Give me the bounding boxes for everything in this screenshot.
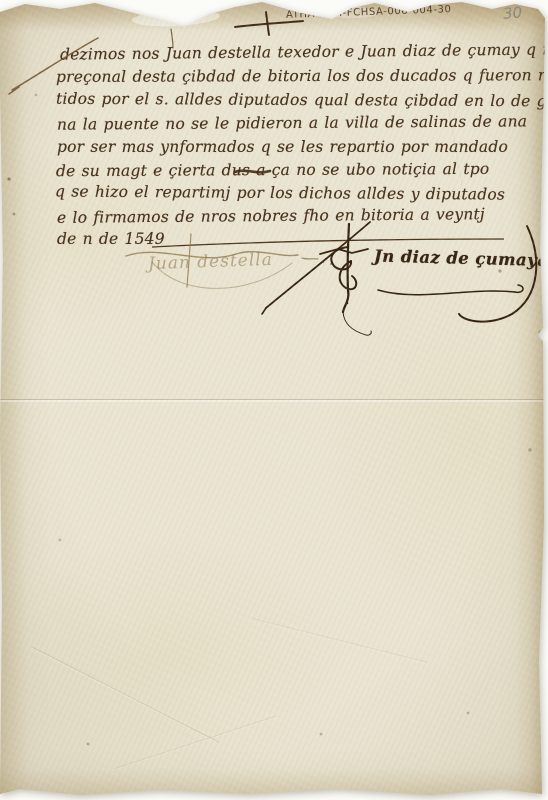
signature-right-flourish	[262, 222, 536, 335]
manuscript-line: e lo firmamos de nros nobres fho en bito…	[57, 204, 485, 228]
manuscript-photo: ATHA-DAH-FCHSA-008-004-30 30 dezimos nos…	[0, 0, 548, 800]
paper-shadow: ATHA-DAH-FCHSA-008-004-30 30 dezimos nos…	[0, 0, 548, 800]
manuscript-line: tidos por el s. alldes diputados qual de…	[56, 89, 548, 112]
fold-crease	[0, 399, 548, 402]
wrinkle-crease	[252, 618, 427, 663]
signature-left: Juan destella	[148, 250, 273, 274]
right-edge-shading	[530, 0, 546, 800]
wrinkle-crease	[114, 716, 276, 770]
manuscript-line: dezimos nos Juan destella texedor e Juan…	[60, 39, 548, 64]
wrinkle-crease	[31, 646, 219, 743]
manuscript-line: q se hizo el repartimj por los dichos al…	[55, 181, 505, 204]
manuscript-line: por ser mas ynformados q se les repartio…	[57, 137, 508, 157]
manuscript-page: ATHA-DAH-FCHSA-008-004-30 30 dezimos nos…	[0, 0, 548, 800]
manuscript-line: de n de 1549	[57, 229, 165, 249]
manuscript-line: na la puente no se le pidieron a la vill…	[57, 111, 527, 134]
date-underline-rule	[152, 239, 504, 247]
torn-edge-shadow	[0, 0, 548, 30]
folio-number: 30	[502, 3, 523, 23]
signature-right: Jn diaz de çumayqui	[374, 246, 548, 270]
manuscript-line: de su magt e çierta dus a ça no se ubo n…	[56, 159, 490, 181]
manuscript-line: preçonal desta çibdad de bitoria los dos…	[56, 65, 548, 87]
